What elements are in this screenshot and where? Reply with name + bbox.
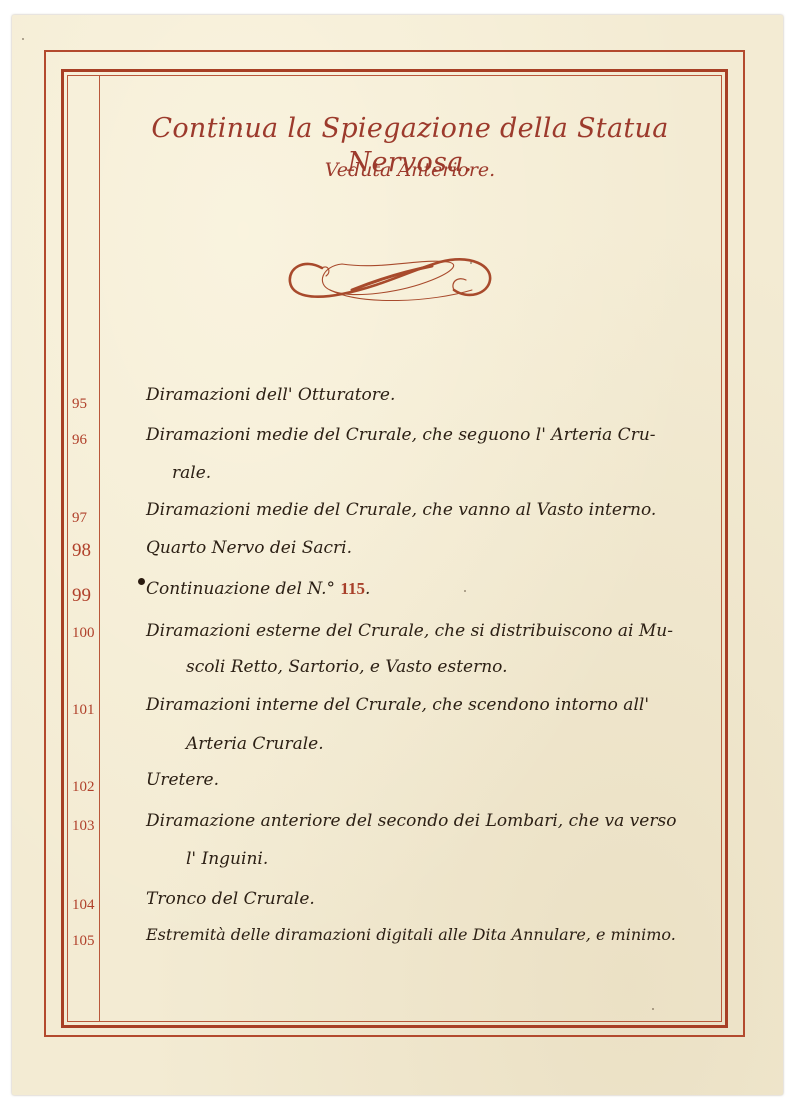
entry-number-100: 100	[72, 625, 98, 642]
entry-number-101: 101	[72, 702, 98, 719]
calligraphic-flourish-icon	[282, 250, 498, 308]
paper-speck	[240, 128, 242, 130]
entry-text-96-continued: rale.	[172, 462, 742, 484]
entry-text-96: Diramazioni medie del Crurale, che seguo…	[146, 424, 716, 446]
entry-number-99: 99	[72, 585, 98, 607]
entry-number-104: 104	[72, 897, 98, 914]
entry-text-105: Estremità delle diramazioni digitali all…	[146, 924, 716, 946]
cross-reference-number: 115	[340, 579, 365, 598]
entry-text-95: Diramazioni dell' Otturatore.	[146, 384, 716, 406]
paper-speck	[470, 262, 472, 264]
entry-number-95: 95	[72, 396, 98, 413]
entry-number-96: 96	[72, 432, 98, 449]
entry-number-97: 97	[72, 510, 98, 527]
paper-speck	[464, 590, 466, 592]
entry-text-100: Diramazioni esterne del Crurale, che si …	[146, 620, 716, 642]
entry-text-101-continued: Arteria Crurale.	[186, 733, 756, 755]
ink-blot	[138, 578, 145, 585]
paper-speck	[652, 1008, 654, 1010]
numeral-margin-rule	[99, 75, 100, 1022]
entry-number-98: 98	[72, 540, 98, 562]
entry-text-104: Tronco del Crurale.	[146, 888, 716, 910]
entry-number-102: 102	[72, 779, 98, 796]
entry-text-103: Diramazione anteriore del secondo dei Lo…	[146, 810, 716, 832]
entry-text-100-continued: scoli Retto, Sartorio, e Vasto esterno.	[186, 656, 756, 678]
page-subtitle: Veduta Anteriore.	[100, 158, 720, 182]
entry-text-99-label: Continuazione del N.°	[146, 579, 335, 599]
entry-number-103: 103	[72, 818, 98, 835]
paper-speck	[22, 38, 24, 40]
entry-text-103-continued: l' Inguini.	[186, 848, 756, 870]
entry-text-97: Diramazioni medie del Crurale, che vanno…	[146, 499, 716, 521]
entry-text-99: Continuazione del N.° 115.	[146, 578, 716, 600]
entry-text-101: Diramazioni interne del Crurale, che sce…	[146, 694, 716, 716]
entry-text-98: Quarto Nervo dei Sacri.	[146, 537, 716, 559]
entry-number-105: 105	[72, 933, 98, 950]
entry-text-102: Uretere.	[146, 769, 716, 791]
